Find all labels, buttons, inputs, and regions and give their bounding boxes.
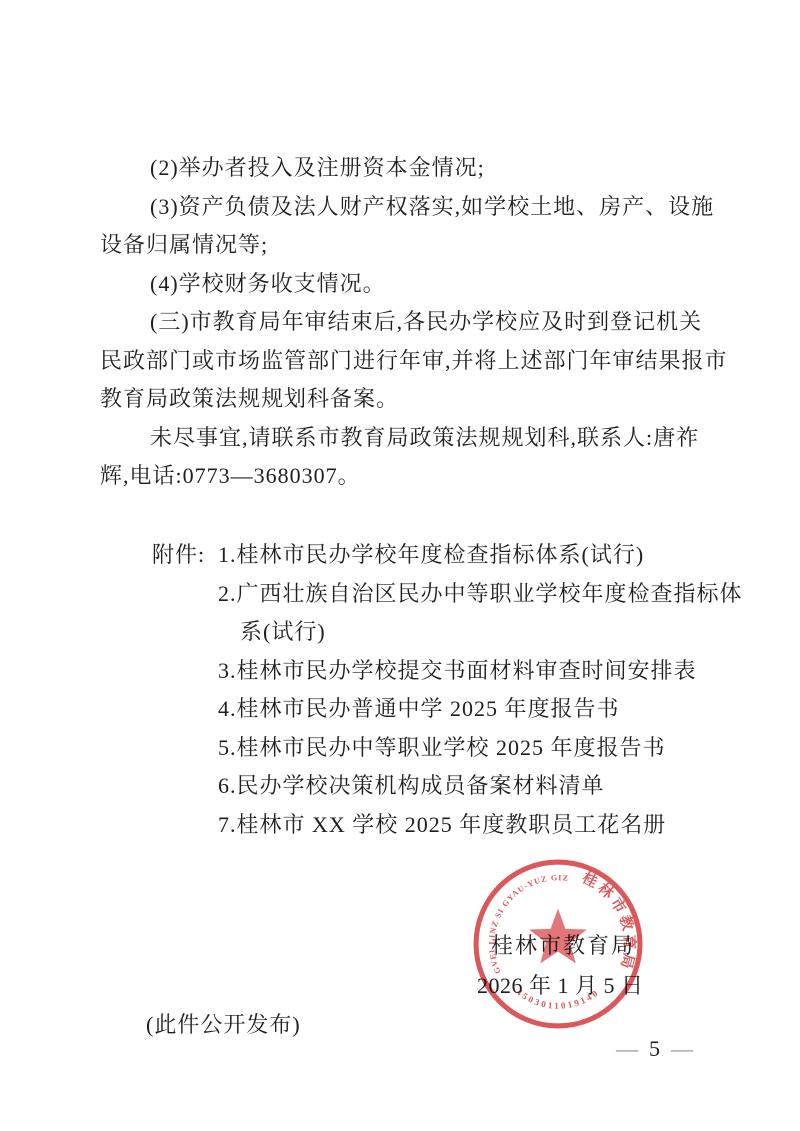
seal-ring-cjk: 桂林市教育局 <box>579 869 639 972</box>
attachment-line: 4.桂林市民办普通中学 2025 年度报告书 <box>152 690 752 729</box>
seal-star-icon <box>529 909 587 964</box>
page-number-value: 5 <box>649 1036 660 1061</box>
attachments-label: 附件: <box>152 536 205 575</box>
body-line: 教育局政策法规规划科备案。 <box>100 380 740 419</box>
attachment-line: 6.民办学校决策机构成员备案材料清单 <box>152 767 752 806</box>
attachment-line: 附件:1.桂林市民办学校年度检查指标体系(试行) <box>152 536 752 575</box>
seal-code-number: 4503011019140 <box>514 987 601 1011</box>
body-line: (4)学校财务收支情况。 <box>100 265 740 304</box>
body-line: 未尽事宜,请联系市教育局政策法规规划科,联系人:唐祚 <box>100 419 740 458</box>
page-number-dash-left: — <box>616 1036 638 1061</box>
body-line: 辉,电话:0773—3680307。 <box>100 457 740 496</box>
attachment-list: 附件:1.桂林市民办学校年度检查指标体系(试行)2.广西壮族自治区民办中等职业学… <box>152 536 752 844</box>
attachment-text: 2.广西壮族自治区民办中等职业学校年度检查指标体 <box>218 581 743 606</box>
body-paragraphs: (2)举办者投入及注册资本金情况;(3)资产负债及法人财产权落实,如学校土地、房… <box>100 149 740 496</box>
body-line: 民政部门或市场监管部门进行年审,并将上述部门年审结果报市 <box>100 342 740 381</box>
official-seal: GVEI-LINZ SI GYAU-YUZ GIZ 桂林市教育局 4503011… <box>472 858 644 1030</box>
attachment-text: 5.桂林市民办中等职业学校 2025 年度报告书 <box>218 735 666 760</box>
publish-note: (此件公开发布) <box>146 1008 301 1039</box>
page-number: —5— <box>616 1036 693 1062</box>
attachment-text: 7.桂林市 XX 学校 2025 年度教职员工花名册 <box>218 812 666 837</box>
body-line: 设备归属情况等; <box>100 226 740 265</box>
attachment-text: 系(试行) <box>240 619 326 644</box>
body-line: (3)资产负债及法人财产权落实,如学校土地、房产、设施 <box>100 188 740 227</box>
attachment-line: 系(试行) <box>152 613 752 652</box>
attachment-line: 2.广西壮族自治区民办中等职业学校年度检查指标体 <box>152 575 752 614</box>
attachment-text: 1.桂林市民办学校年度检查指标体系(试行) <box>218 542 644 567</box>
document-page: (2)举办者投入及注册资本金情况;(3)资产负债及法人财产权落实,如学校土地、房… <box>0 0 800 1131</box>
attachment-line: 3.桂林市民办学校提交书面材料审查时间安排表 <box>152 652 752 691</box>
attachment-text: 3.桂林市民办学校提交书面材料审查时间安排表 <box>218 658 697 683</box>
body-line: (三)市教育局年审结束后,各民办学校应及时到登记机关 <box>100 303 740 342</box>
page-number-dash-right: — <box>671 1036 693 1061</box>
body-line: (2)举办者投入及注册资本金情况; <box>100 149 740 188</box>
attachment-text: 6.民办学校决策机构成员备案材料清单 <box>218 773 605 798</box>
attachment-text: 4.桂林市民办普通中学 2025 年度报告书 <box>218 696 620 721</box>
attachment-line: 7.桂林市 XX 学校 2025 年度教职员工花名册 <box>152 806 752 845</box>
attachment-line: 5.桂林市民办中等职业学校 2025 年度报告书 <box>152 729 752 768</box>
